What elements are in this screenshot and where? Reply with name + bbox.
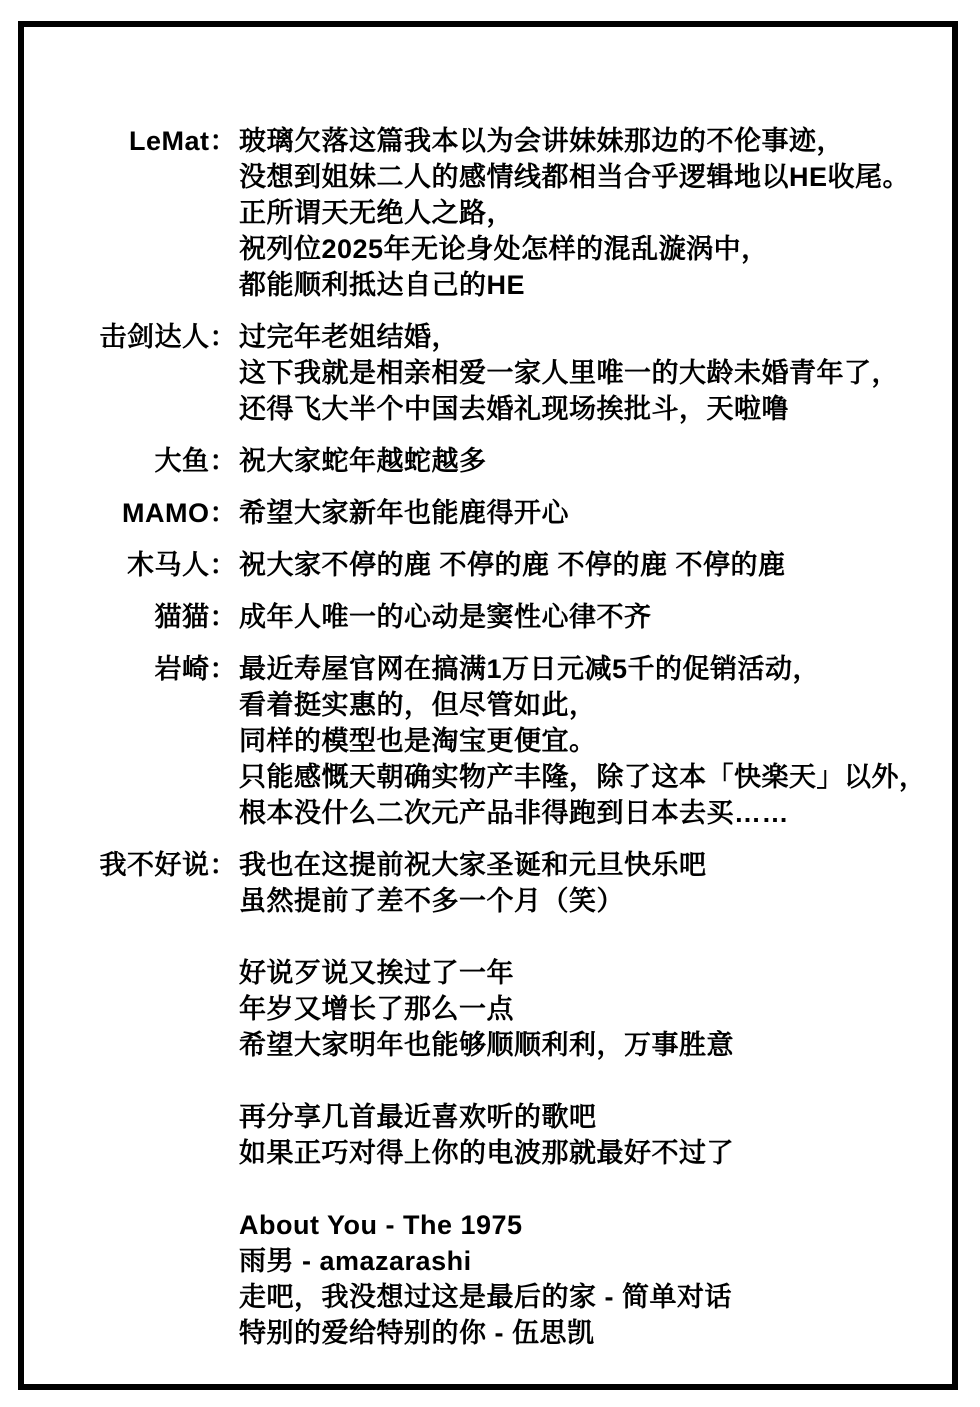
message-line: 希望大家新年也能鹿得开心: [239, 495, 952, 531]
message-line: 我也在这提前祝大家圣诞和元旦快乐吧: [239, 847, 952, 883]
speaker-message: 我也在这提前祝大家圣诞和元旦快乐吧 虽然提前了差不多一个月（笑） 好说歹说又挨过…: [237, 847, 952, 1351]
message-line: 过完年老姐结婚，: [239, 319, 952, 355]
message-line: 玻璃欠落这篇我本以为会讲妹妹那边的不伦事迹，: [239, 123, 952, 159]
speaker-message: 最近寿屋官网在搞满1万日元减5千的促销活动， 看着挺实惠的，但尽管如此， 同样的…: [237, 651, 952, 831]
message-line: 正所谓天无绝人之路，: [239, 195, 952, 231]
message-line: 希望大家明年也能够顺顺利利，万事胜意: [239, 1027, 952, 1063]
entry-mamo: MAMO： 希望大家新年也能鹿得开心: [24, 495, 952, 531]
speaker-message: 希望大家新年也能鹿得开心: [237, 495, 952, 531]
speaker-label: 大鱼：: [24, 443, 237, 479]
speaker-label: 猫猫：: [24, 599, 237, 635]
message-line: 好说歹说又挨过了一年: [239, 955, 952, 991]
message-line: 成年人唯一的心动是窦性心律不齐: [239, 599, 952, 635]
song-item: 走吧，我没想过这是最后的家 - 简单对话: [239, 1279, 952, 1315]
speaker-message: 祝大家蛇年越蛇越多: [237, 443, 952, 479]
message-line: 只能感慨天朝确实物产丰隆，除了这本「快楽天」以外，: [239, 759, 952, 795]
message-line: 都能顺利抵达自己的HE: [239, 267, 952, 303]
entry-jijiandaren: 击剑达人： 过完年老姐结婚， 这下我就是相亲相爱一家人里唯一的大龄未婚青年了， …: [24, 319, 952, 427]
song-item: 雨男 - amazarashi: [239, 1243, 952, 1279]
entry-maomao: 猫猫： 成年人唯一的心动是窦性心律不齐: [24, 599, 952, 635]
song-item: 特别的爱给特别的你 - 伍思凯: [239, 1315, 952, 1351]
message-line: 还得飞大半个中国去婚礼现场挨批斗，天啦噜: [239, 391, 952, 427]
speaker-label: LeMat：: [24, 123, 237, 159]
entry-mumaren: 木马人： 祝大家不停的鹿 不停的鹿 不停的鹿 不停的鹿: [24, 547, 952, 583]
speaker-label: 岩崎：: [24, 651, 237, 687]
message-line-blank: [239, 1171, 952, 1207]
message-line: 再分享几首最近喜欢听的歌吧: [239, 1099, 952, 1135]
message-line-blank: [239, 1063, 952, 1099]
message-line: 祝列位2025年无论身处怎样的混乱漩涡中，: [239, 231, 952, 267]
speaker-label: MAMO：: [24, 495, 237, 531]
message-line: 如果正巧对得上你的电波那就最好不过了: [239, 1135, 952, 1171]
afterword-content: LeMat： 玻璃欠落这篇我本以为会讲妹妹那边的不伦事迹， 没想到姐妹二人的感情…: [24, 27, 952, 1351]
message-line: 年岁又增长了那么一点: [239, 991, 952, 1027]
entry-lemat: LeMat： 玻璃欠落这篇我本以为会讲妹妹那边的不伦事迹， 没想到姐妹二人的感情…: [24, 123, 952, 303]
speaker-message: 玻璃欠落这篇我本以为会讲妹妹那边的不伦事迹， 没想到姐妹二人的感情线都相当合乎逻…: [237, 123, 952, 303]
message-line: 祝大家蛇年越蛇越多: [239, 443, 952, 479]
speaker-message: 成年人唯一的心动是窦性心律不齐: [237, 599, 952, 635]
entry-iwasaki: 岩崎： 最近寿屋官网在搞满1万日元减5千的促销活动， 看着挺实惠的，但尽管如此，…: [24, 651, 952, 831]
message-line: 没想到姐妹二人的感情线都相当合乎逻辑地以HE收尾。: [239, 159, 952, 195]
entry-wobuhaoshuo: 我不好说： 我也在这提前祝大家圣诞和元旦快乐吧 虽然提前了差不多一个月（笑） 好…: [24, 847, 952, 1351]
message-line-blank: [239, 919, 952, 955]
speaker-message: 过完年老姐结婚， 这下我就是相亲相爱一家人里唯一的大龄未婚青年了， 还得飞大半个…: [237, 319, 952, 427]
speaker-message: 祝大家不停的鹿 不停的鹿 不停的鹿 不停的鹿: [237, 547, 952, 583]
message-line: 根本没什么二次元产品非得跑到日本去买……: [239, 795, 952, 831]
message-line: 同样的模型也是淘宝更便宜。: [239, 723, 952, 759]
song-item: About You - The 1975: [239, 1207, 952, 1243]
message-line: 祝大家不停的鹿 不停的鹿 不停的鹿 不停的鹿: [239, 547, 952, 583]
speaker-label: 我不好说：: [24, 847, 237, 883]
afterword-page-frame: LeMat： 玻璃欠落这篇我本以为会讲妹妹那边的不伦事迹， 没想到姐妹二人的感情…: [18, 21, 958, 1390]
message-line: 虽然提前了差不多一个月（笑）: [239, 883, 952, 919]
speaker-label: 击剑达人：: [24, 319, 237, 355]
message-line: 这下我就是相亲相爱一家人里唯一的大龄未婚青年了，: [239, 355, 952, 391]
message-line: 看着挺实惠的，但尽管如此，: [239, 687, 952, 723]
entry-dayu: 大鱼： 祝大家蛇年越蛇越多: [24, 443, 952, 479]
speaker-label: 木马人：: [24, 547, 237, 583]
message-line: 最近寿屋官网在搞满1万日元减5千的促销活动，: [239, 651, 952, 687]
